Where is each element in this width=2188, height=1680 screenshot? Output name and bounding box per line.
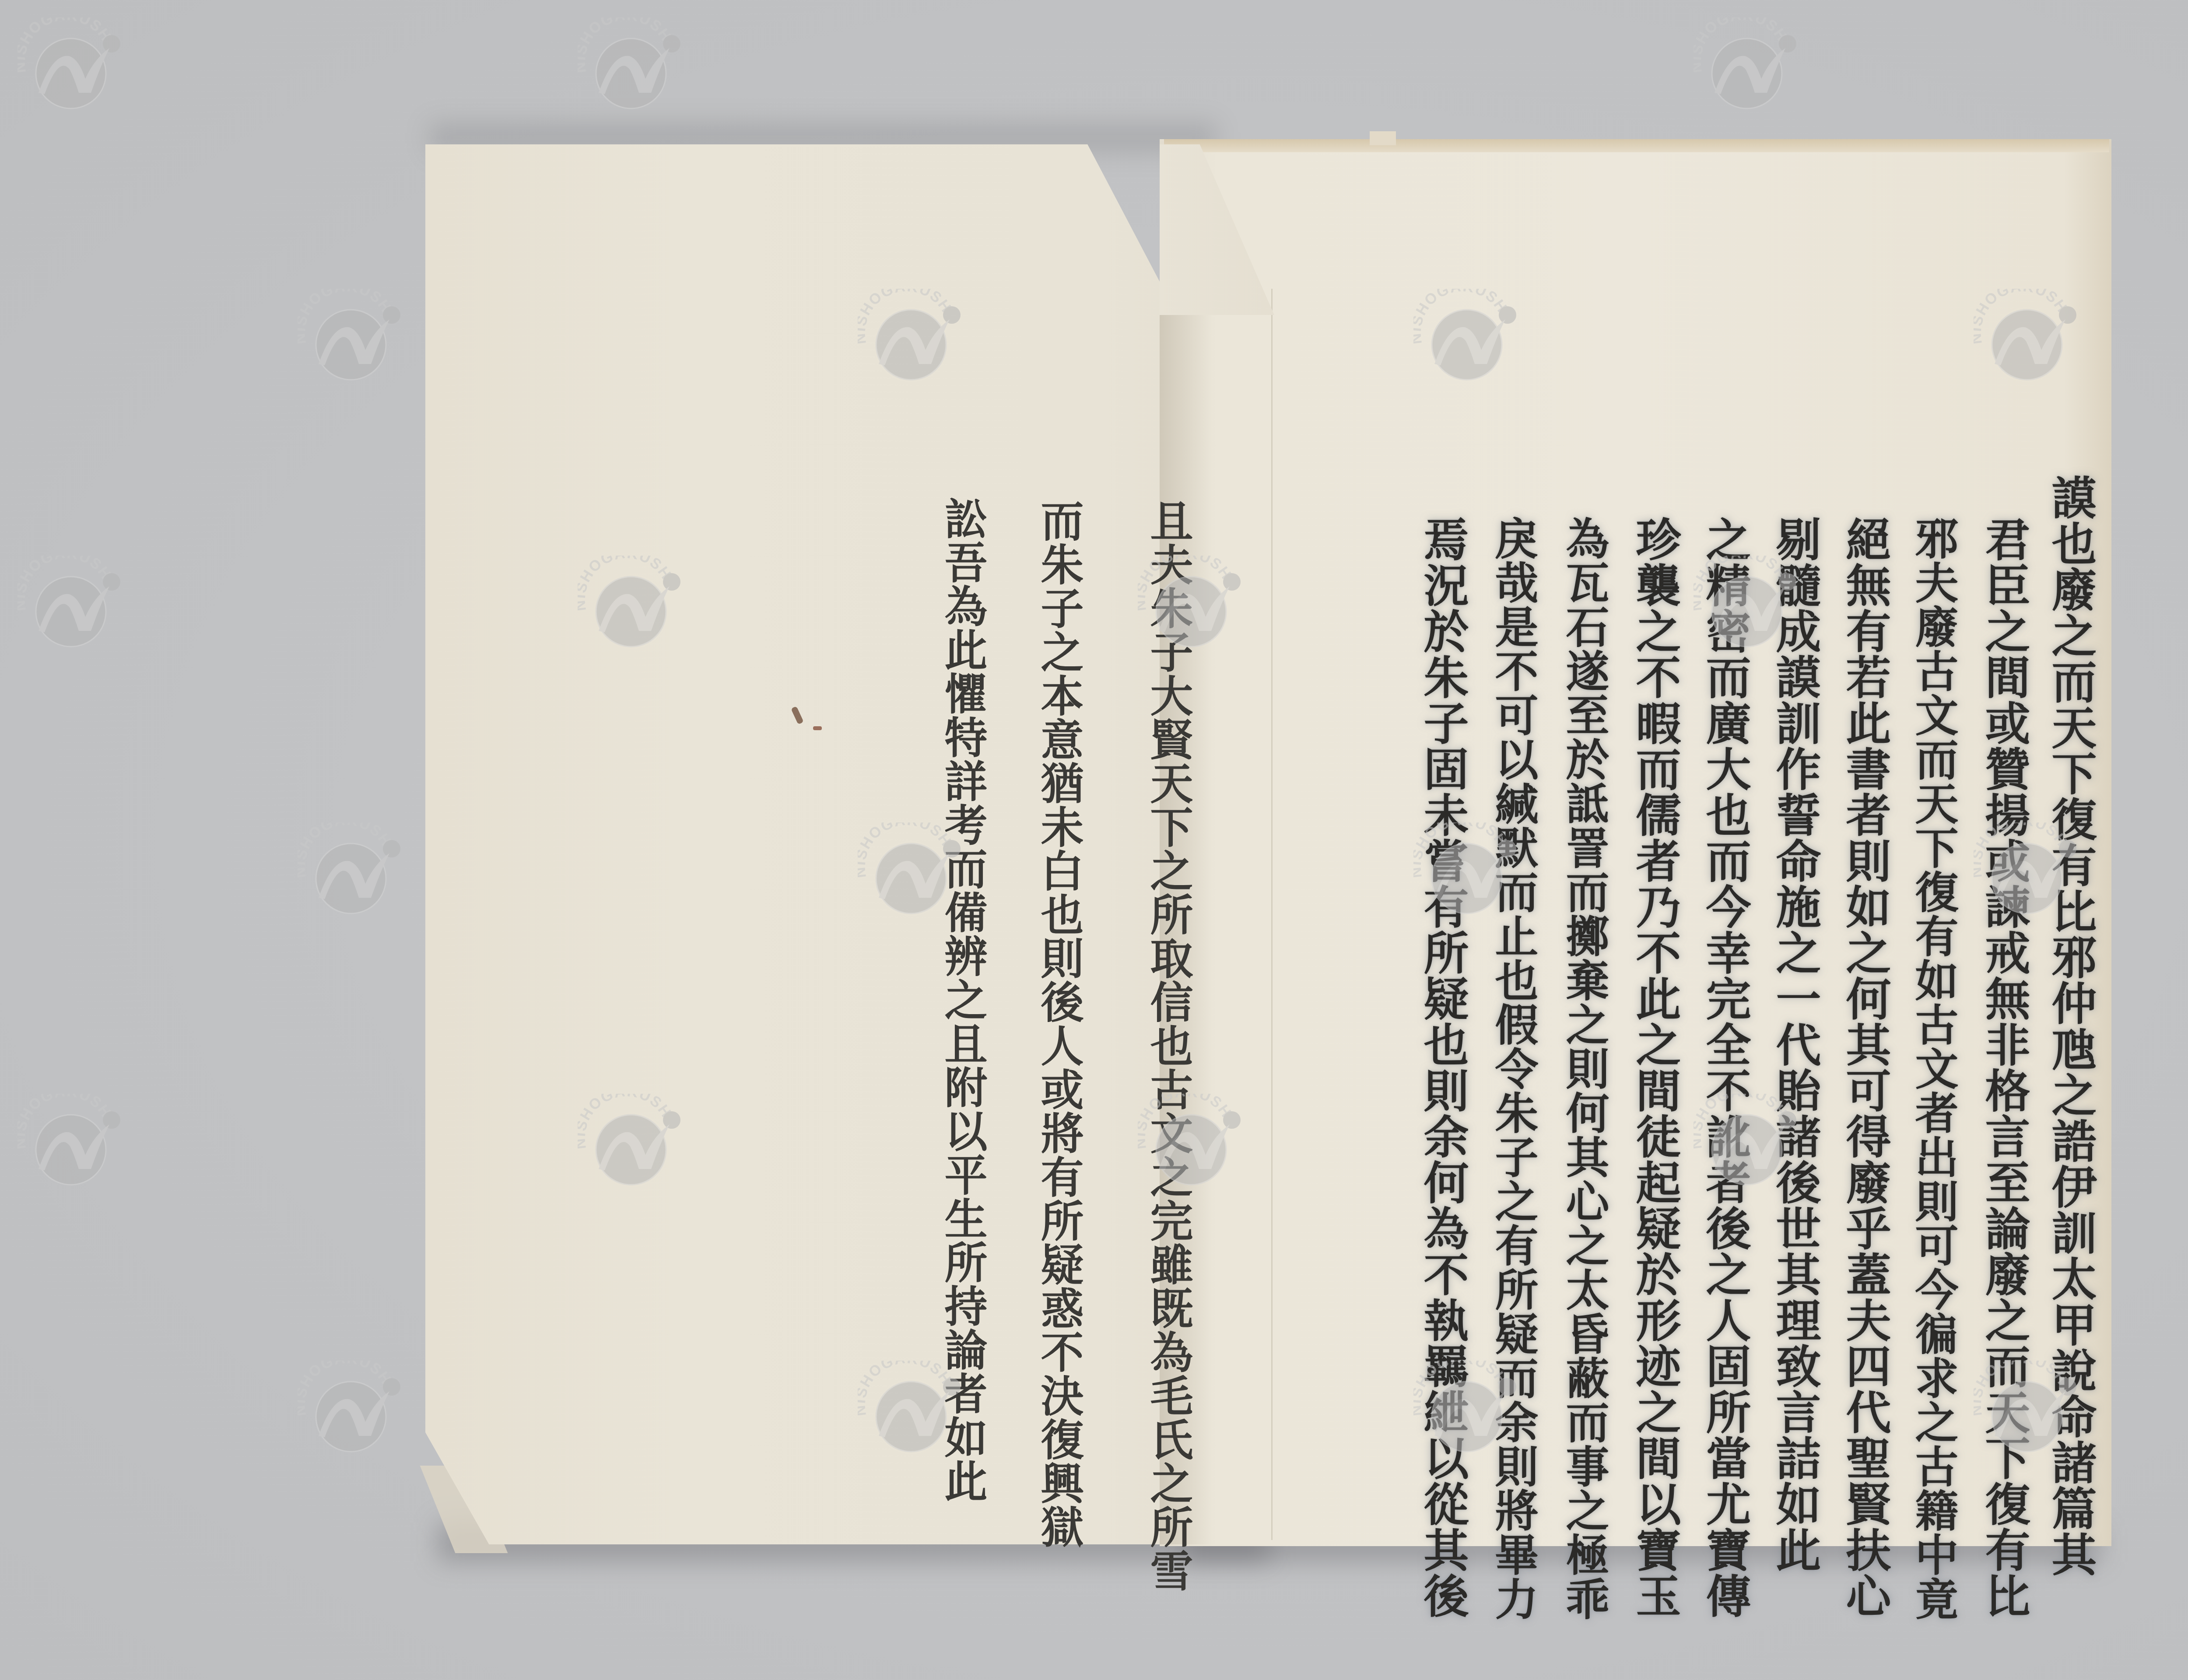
watermark-logo-icon xyxy=(18,556,118,656)
watermark-logo-icon xyxy=(1694,17,1794,118)
watermark-logo-icon xyxy=(1413,822,1514,923)
right-page-column-6: 之精密而廣大也而今幸完全不訛者後之人固所當尤寶傳 xyxy=(1702,516,1747,1619)
right-page-tab xyxy=(1370,131,1396,145)
spine-crease xyxy=(1271,289,1273,1540)
watermark-logo-icon xyxy=(18,17,118,118)
right-page-column-7: 珍襲之不暇而儒者乃不此之間徒起疑於形迹之間以寶玉 xyxy=(1632,516,1677,1619)
watermark-logo-icon xyxy=(1974,1361,2074,1461)
left-page-column-1: 且夫朱子大賢天下之所取信也古文之完雖既為毛氏之所雪 xyxy=(1147,499,1189,1592)
watermark-logo-icon xyxy=(1694,556,1794,656)
watermark-logo-icon xyxy=(578,17,678,118)
right-page-column-5: 剔髓成謨訓作誓命施之一代貽諸後世其理致言詰如此 xyxy=(1772,516,1817,1573)
left-page-column-3: 訟吾為此懼特詳考而備辨之且附以平生所持論者如此 xyxy=(941,497,984,1503)
right-page-column-8: 為瓦石遂至於詆詈而擲棄之則何其心之太昏蔽而事之極乖 xyxy=(1562,516,1606,1621)
watermark-logo-icon xyxy=(1974,822,2074,923)
watermark-logo-icon xyxy=(858,822,958,923)
watermark-logo-icon xyxy=(1138,556,1238,656)
watermark-logo-icon xyxy=(298,1361,398,1461)
watermark-logo-icon xyxy=(578,556,678,656)
right-page-top-edge xyxy=(1164,139,2109,152)
watermark-logo-icon xyxy=(1138,1094,1238,1194)
left-page-column-2: 而朱子之本意猶未白也則後人或將有所疑惑不決復興獄 xyxy=(1037,499,1080,1549)
watermark-logo-icon xyxy=(1413,1361,1514,1461)
watermark-logo-icon xyxy=(18,1094,118,1194)
watermark-logo-icon xyxy=(858,289,958,389)
watermark-logo-icon xyxy=(298,822,398,923)
right-page-column-3: 邪夫廢古文而天下復有如古文者出則可今徧求之古籍中竟 xyxy=(1911,516,1955,1621)
watermark-logo-icon xyxy=(298,289,398,389)
watermark-logo-icon xyxy=(578,1094,678,1194)
watermark-logo-icon xyxy=(1974,289,2074,389)
ink-mark xyxy=(813,726,822,730)
watermark-logo-icon xyxy=(1694,1094,1794,1194)
right-page-column-4: 絕無有若此書者則如之何其可得廢乎蓋夫四代聖賢扶心 xyxy=(1842,516,1887,1619)
watermark-logo-icon xyxy=(858,1361,958,1461)
watermark-logo-icon xyxy=(1413,289,1514,389)
